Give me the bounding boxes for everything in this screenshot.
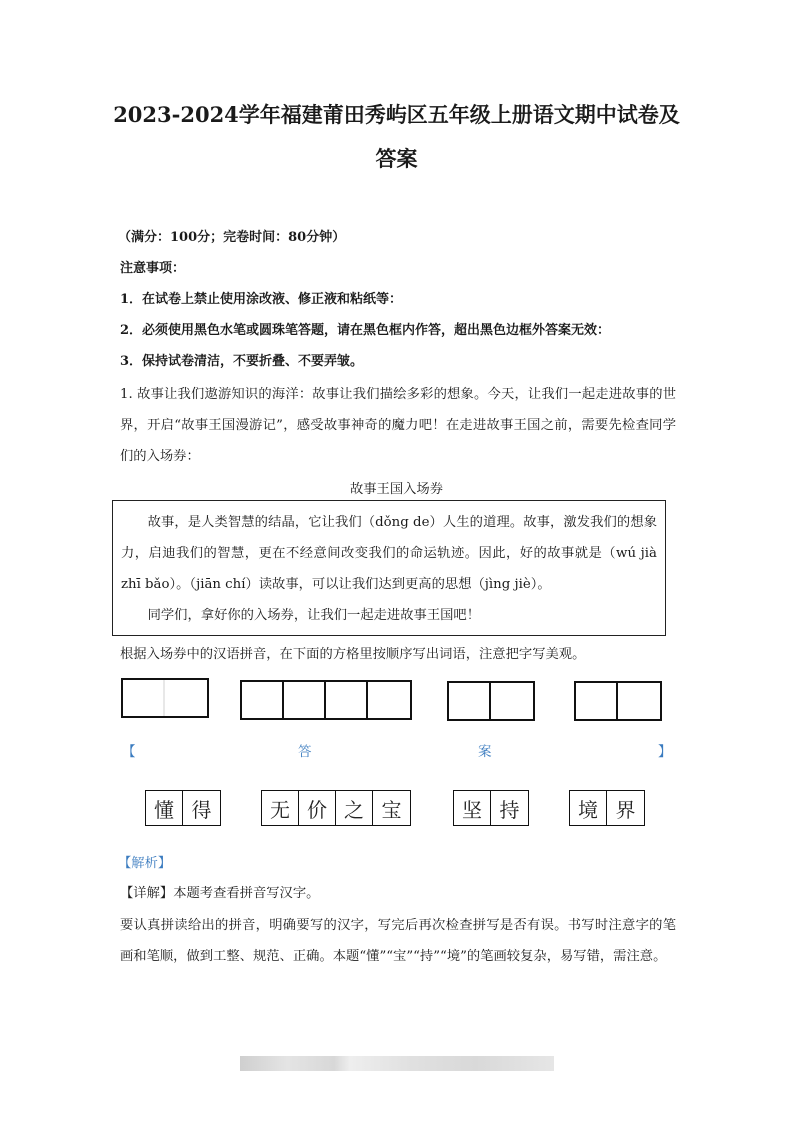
blank-cell — [449, 683, 491, 719]
analysis-explanation: 要认真拼读给出的拼音，明确要写的汉字，写完后再次检查拼写是否有误。书写时注意字的… — [120, 910, 676, 972]
detail-text: 本题考查看拼音写汉字。 — [173, 886, 319, 901]
blurred-footer — [240, 1056, 554, 1071]
answer-grid-4: 境 界 — [569, 790, 645, 826]
answer-label: 【 答 案 】 — [120, 740, 672, 758]
page-title-continued: 答案 — [0, 144, 793, 174]
notice-item: 3．保持试卷清洁，不要折叠、不要弄皱。 — [120, 352, 363, 372]
answer-cell: 坚 — [454, 791, 491, 825]
exam-info: （满分：100分；完卷时间：80分钟） — [118, 228, 345, 248]
blank-cell — [123, 680, 165, 716]
answer-label-char: 答 — [298, 740, 312, 760]
answer-grid-2: 无 价 之 宝 — [261, 790, 411, 826]
notice-item: 1．在试卷上禁止使用涂改液、修正液和粘纸等： — [120, 290, 402, 310]
answer-cell: 懂 — [146, 791, 183, 825]
detail-label: 【详解】 — [120, 886, 173, 901]
answer-cell: 价 — [299, 791, 336, 825]
ticket-paragraph: 故事，是人类智慧的结晶，它让我们（dǒng de）人生的道理。故事，激发我们的想… — [121, 507, 657, 600]
blank-cell — [165, 680, 207, 716]
blank-cell — [368, 682, 410, 718]
question-instruction: 根据入场券中的汉语拼音，在下面的方格里按顺序写出词语，注意把字写美观。 — [120, 645, 585, 665]
answer-cell: 宝 — [373, 791, 410, 825]
notice-item: 2．必须使用黑色水笔或圆珠笔答题，请在黑色框内作答，超出黑色边框外答案无效： — [120, 321, 610, 341]
answer-cell: 得 — [183, 791, 220, 825]
answer-cell: 持 — [491, 791, 528, 825]
answer-cell: 境 — [570, 791, 607, 825]
answer-grid-3: 坚 持 — [453, 790, 529, 826]
blank-grid-1 — [121, 678, 209, 718]
blank-cell — [326, 682, 368, 718]
bracket-right: 】 — [658, 740, 672, 760]
analysis-heading: 【解析】 — [118, 852, 171, 871]
answer-cell: 界 — [607, 791, 644, 825]
ticket-box: 故事，是人类智慧的结晶，它让我们（dǒng de）人生的道理。故事，激发我们的想… — [112, 500, 666, 636]
blank-grid-3 — [447, 681, 535, 721]
answer-cell: 无 — [262, 791, 299, 825]
blank-grid-4 — [574, 681, 662, 721]
answer-grid-1: 懂 得 — [145, 790, 221, 826]
page-title: 2023-2024学年福建莆田秀屿区五年级上册语文期中试卷及 — [0, 100, 793, 130]
ticket-paragraph: 同学们，拿好你的入场券，让我们一起走进故事王国吧！ — [121, 600, 657, 631]
answer-label-char: 案 — [478, 740, 492, 760]
blank-cell — [618, 683, 660, 719]
ticket-caption: 故事王国入场券 — [0, 478, 793, 497]
bracket-left: 【 — [122, 740, 136, 760]
blank-cell — [576, 683, 618, 719]
question-intro: 1. 故事让我们遨游知识的海洋：故事让我们描绘多彩的想象。今天，让我们一起走进故… — [120, 379, 676, 472]
notice-heading: 注意事项： — [120, 259, 185, 279]
blank-cell — [491, 683, 533, 719]
analysis-detail: 【详解】本题考查看拼音写汉字。 — [120, 884, 319, 904]
blank-grid-2 — [240, 680, 412, 720]
answer-cell: 之 — [336, 791, 373, 825]
blank-cell — [242, 682, 284, 718]
blank-cell — [284, 682, 326, 718]
